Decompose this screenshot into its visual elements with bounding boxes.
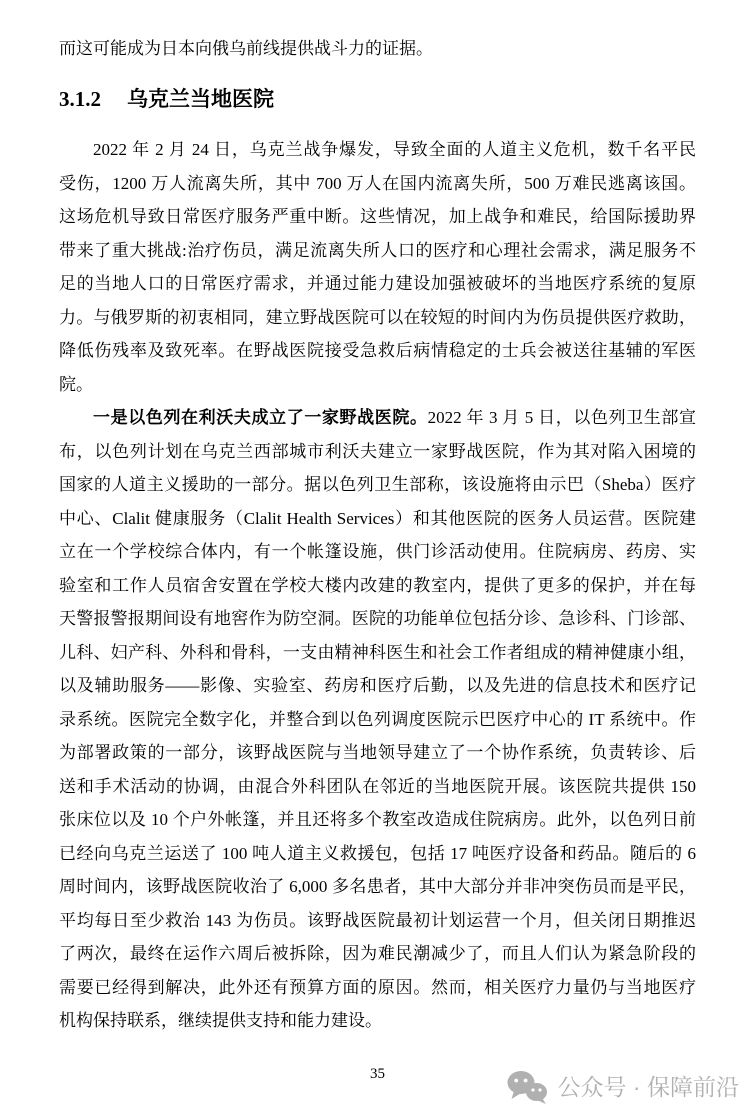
text-line: 已经向乌克兰运送了 100 吨人道主义救援包，包括 17 吨医疗设备和药品。随后… <box>59 837 696 871</box>
text-line: 了两次，最终在运作六周后被拆除，因为难民潮减少了，而且人们认为紧急阶段的 <box>59 937 696 971</box>
body-text: 2022 年 2 月 24 日，乌克兰战争爆发，导致全面的人道主义危机，数千名平… <box>59 133 696 1038</box>
section-heading: 3.1.2乌克兰当地医院 <box>59 84 696 115</box>
text-line: 受伤，1200 万人流离失所，其中 700 万人在国内流离失所，500 万难民逃… <box>59 167 696 201</box>
text-line: 中心、Clalit 健康服务（Clalit Health Services）和其… <box>59 502 696 536</box>
bold-lead-sentence: 一是以色列在利沃夫成立了一家野战医院。 <box>93 408 428 427</box>
text-line: 儿科、妇产科、外科和骨科，一支由精神科医生和社会工作者组成的精神健康小组， <box>59 636 696 670</box>
text-line: 力。与俄罗斯的初衷相同，建立野战医院可以在较短的时间内为伤员提供医疗救助， <box>59 301 696 335</box>
text-line: 布，以色列计划在乌克兰西部城市利沃夫建立一家野战医院，作为其对陷入困境的 <box>59 435 696 469</box>
wechat-icon <box>506 1070 548 1104</box>
text-line: 张床位以及 10 个户外帐篷，并且还将多个教室改造成住院病房。此外，以色列日前 <box>59 803 696 837</box>
previous-paragraph-last-line: 而这可能成为日本向俄乌前线提供战斗力的证据。 <box>59 36 696 62</box>
text-line: 2022 年 2 月 24 日，乌克兰战争爆发，导致全面的人道主义危机，数千名平… <box>59 133 696 167</box>
text-line: 国家的人道主义援助的一部分。据以色列卫生部称，该设施将由示巴（Sheba）医疗 <box>59 468 696 502</box>
wechat-watermark: 公众号 · 保障前沿 <box>506 1070 739 1104</box>
paragraph-1: 2022 年 2 月 24 日，乌克兰战争爆发，导致全面的人道主义危机，数千名平… <box>59 133 696 401</box>
paragraph-2: 一是以色列在利沃夫成立了一家野战医院。2022 年 3 月 5 日，以色列卫生部… <box>59 401 696 1038</box>
text-line: 院。 <box>59 368 696 402</box>
text-line: 降低伤残率及致死率。在野战医院接受急救后病情稳定的士兵会被送往基辅的军医 <box>59 334 696 368</box>
text-line: 天警报警报期间设有地窖作为防空洞。医院的功能单位包括分诊、急诊科、门诊部、 <box>59 602 696 636</box>
text-line: 验室和工作人员宿舍安置在学校大楼内改建的教室内，提供了更多的保护，并在每 <box>59 569 696 603</box>
text-line: 以及辅助服务——影像、实验室、药房和医疗后勤，以及先进的信息技术和医疗记 <box>59 669 696 703</box>
text-line: 送和手术活动的协调，由混合外科团队在邻近的当地医院开展。该医院共提供 150 <box>59 770 696 804</box>
section-number: 3.1.2 <box>59 87 101 111</box>
text-line: 带来了重大挑战:治疗伤员，满足流离失所人口的医疗和心理社会需求，满足服务不 <box>59 234 696 268</box>
section-title: 乌克兰当地医院 <box>127 88 274 111</box>
text-line: 一是以色列在利沃夫成立了一家野战医院。2022 年 3 月 5 日，以色列卫生部… <box>59 401 696 435</box>
document-page: 而这可能成为日本向俄乌前线提供战斗力的证据。 3.1.2乌克兰当地医院 2022… <box>0 0 755 1117</box>
text-line: 需要已经得到解决，此外还有预算方面的原因。然而，相关医疗力量仍与当地医疗 <box>59 971 696 1005</box>
text-line: 周时间内，该野战医院收治了 6,000 多名患者，其中大部分并非冲突伤员而是平民… <box>59 870 696 904</box>
text-line: 足的当地人口的日常医疗需求，并通过能力建设加强被破坏的当地医疗系统的复原 <box>59 267 696 301</box>
text-line: 这场危机导致日常医疗服务严重中断。这些情况，加上战争和难民，给国际援助界 <box>59 200 696 234</box>
text-line: 录系统。医院完全数字化，并整合到以色列调度医院示巴医疗中心的 IT 系统中。作 <box>59 703 696 737</box>
text-line: 立在一个学校综合体内，有一个帐篷设施，供门诊活动使用。住院病房、药房、实 <box>59 535 696 569</box>
watermark-text: 公众号 · 保障前沿 <box>558 1070 739 1104</box>
text-line: 机构保持联系，继续提供支持和能力建设。 <box>59 1004 696 1038</box>
text-line: 为部署政策的一部分，该野战医院与当地领导建立了一个协作系统，负责转诊、后 <box>59 736 696 770</box>
text-line: 平均每日至少救治 143 为伤员。该野战医院最初计划运营一个月，但关闭日期推迟 <box>59 904 696 938</box>
